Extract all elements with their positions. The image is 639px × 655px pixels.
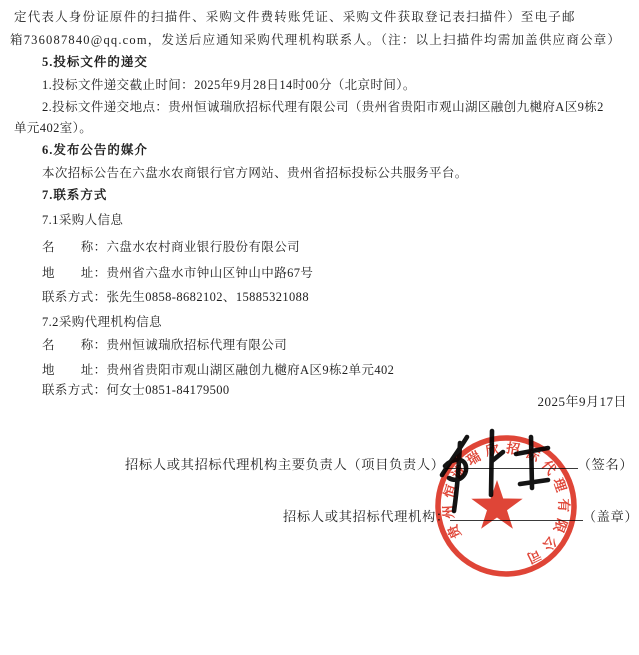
signoff-signature-label: 招标人或其招标代理机构主要负责人（项目负责人）	[125, 457, 445, 472]
signature-stroke-he-diagonal	[442, 437, 467, 475]
purchaser-address: 地 址：贵州省六盘水市钟山区钟山中路67号	[42, 266, 313, 281]
purchaser-info-title: 7.1采购人信息	[42, 213, 123, 228]
document-date: 2025年9月17日	[537, 391, 627, 410]
section5-item2-line2: 单元402室）。	[14, 121, 92, 136]
section7-heading: 7.联系方式	[42, 188, 107, 203]
section5-item2-line1: 2.投标文件递交地点：贵州恒诚瑞欣招标代理有限公司（贵州省贵阳市观山湖区融创九樾…	[42, 100, 604, 115]
section6-body: 本次招标公告在六盘水农商银行官方网站、贵州省招标投标公共服务平台。	[42, 166, 468, 181]
purchaser-name: 名 称：六盘水农村商业银行股份有限公司	[42, 240, 300, 255]
section5-item1: 1.投标文件递交截止时间：2025年9月28日14时00分（北京时间）。	[42, 78, 416, 93]
section6-heading: 6.发布公告的媒介	[42, 143, 148, 158]
signoff-seal-label: 招标人或其招标代理机构：	[283, 509, 450, 524]
signoff-signature-suffix: （签名）	[578, 457, 634, 472]
signoff-seal-suffix: （盖章）	[583, 509, 639, 524]
handwritten-signature	[434, 424, 564, 519]
agency-address: 地 址：贵州省贵阳市观山湖区融创九樾府A区9栋2单元402	[42, 363, 394, 378]
section5-heading: 5.投标文件的递交	[42, 55, 148, 70]
paragraph-continuation-line-2: 箱736087840@qq.com，发送后应通知采购代理机构联系人。（注：以上扫…	[10, 33, 621, 48]
scanned-document-page: 定代表人身份证原件的扫描件、采购文件费转账凭证、采购文件获取登记表扫描件）至电子…	[0, 0, 639, 655]
agency-name: 名 称：贵州恒诚瑞欣招标代理有限公司	[42, 338, 287, 353]
signature-stroke-shi-bottom	[520, 480, 548, 484]
purchaser-contact: 联系方式：张先生0858-8682102、15885321088	[42, 290, 309, 305]
agency-info-title: 7.2采购代理机构信息	[42, 315, 162, 330]
paragraph-continuation-line-1: 定代表人身份证原件的扫描件、采购文件费转账凭证、采购文件获取登记表扫描件）至电子…	[14, 10, 576, 25]
agency-contact: 联系方式：何女士0851-84179500	[42, 383, 230, 398]
